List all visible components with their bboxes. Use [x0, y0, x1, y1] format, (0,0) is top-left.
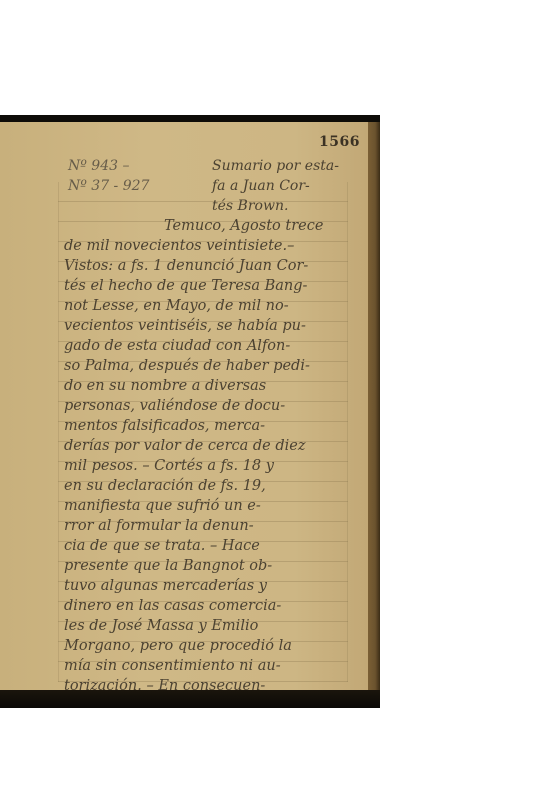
text-line: derías por valor de cerca de diez [64, 436, 323, 456]
text-line: tuvo algunas mercaderías y [64, 576, 323, 596]
text-line: not Lesse, en Mayo, de mil no- [64, 296, 323, 316]
case-number-line: Nº 943 – [68, 156, 149, 176]
text-line: les de José Massa y Emilio [64, 616, 323, 636]
handwritten-body: Temuco, Agosto trece de mil novecientos … [64, 216, 323, 690]
text-line: personas, valiéndose de docu- [64, 396, 323, 416]
text-line: so Palma, después de haber pedi- [64, 356, 323, 376]
page-number: 1566 [319, 134, 360, 150]
text-line: cia de que se trata. – Hace [64, 536, 323, 556]
text-line: mil pesos. – Cortés a fs. 18 y [64, 456, 323, 476]
text-line: presente que la Bangnot ob- [64, 556, 323, 576]
paper-sheet: 1566 Nº 943 – Nº 37 - 927 Sumario por es… [0, 122, 368, 690]
text-line: mía sin consentimiento ni au- [64, 656, 323, 676]
text-line: en su declaración de fs. 19, [64, 476, 323, 496]
case-numbers: Nº 943 – Nº 37 - 927 [68, 156, 149, 196]
text-line: dinero en las casas comercia- [64, 596, 323, 616]
case-summary-title: Sumario por esta- fa a Juan Cor- tés Bro… [212, 156, 339, 216]
text-line: gado de esta ciudad con Alfon- [64, 336, 323, 356]
summary-title-line: fa a Juan Cor- [212, 176, 339, 196]
text-line: rror al formular la denun- [64, 516, 323, 536]
summary-title-line: tés Brown. [212, 196, 339, 216]
summary-title-line: Sumario por esta- [212, 156, 339, 176]
scan-bottom-border [0, 690, 380, 708]
text-line: vecientos veintiséis, se había pu- [64, 316, 323, 336]
text-line: do en su nombre a diversas [64, 376, 323, 396]
scanned-page: 1566 Nº 943 – Nº 37 - 927 Sumario por es… [0, 115, 380, 708]
page-edge [368, 122, 380, 690]
case-number-line: Nº 37 - 927 [68, 176, 149, 196]
text-line: torización. – En consecuen- [64, 676, 323, 690]
text-line: mentos falsificados, merca- [64, 416, 323, 436]
text-line: Temuco, Agosto trece [64, 216, 323, 236]
text-line: tés el hecho de que Teresa Bang- [64, 276, 323, 296]
text-line: manifiesta que sufrió un e- [64, 496, 323, 516]
text-line: de mil novecientos veintisiete.– [64, 236, 323, 256]
text-line: Vistos: a fs. 1 denunció Juan Cor- [64, 256, 323, 276]
text-line: Morgano, pero que procedió la [64, 636, 323, 656]
